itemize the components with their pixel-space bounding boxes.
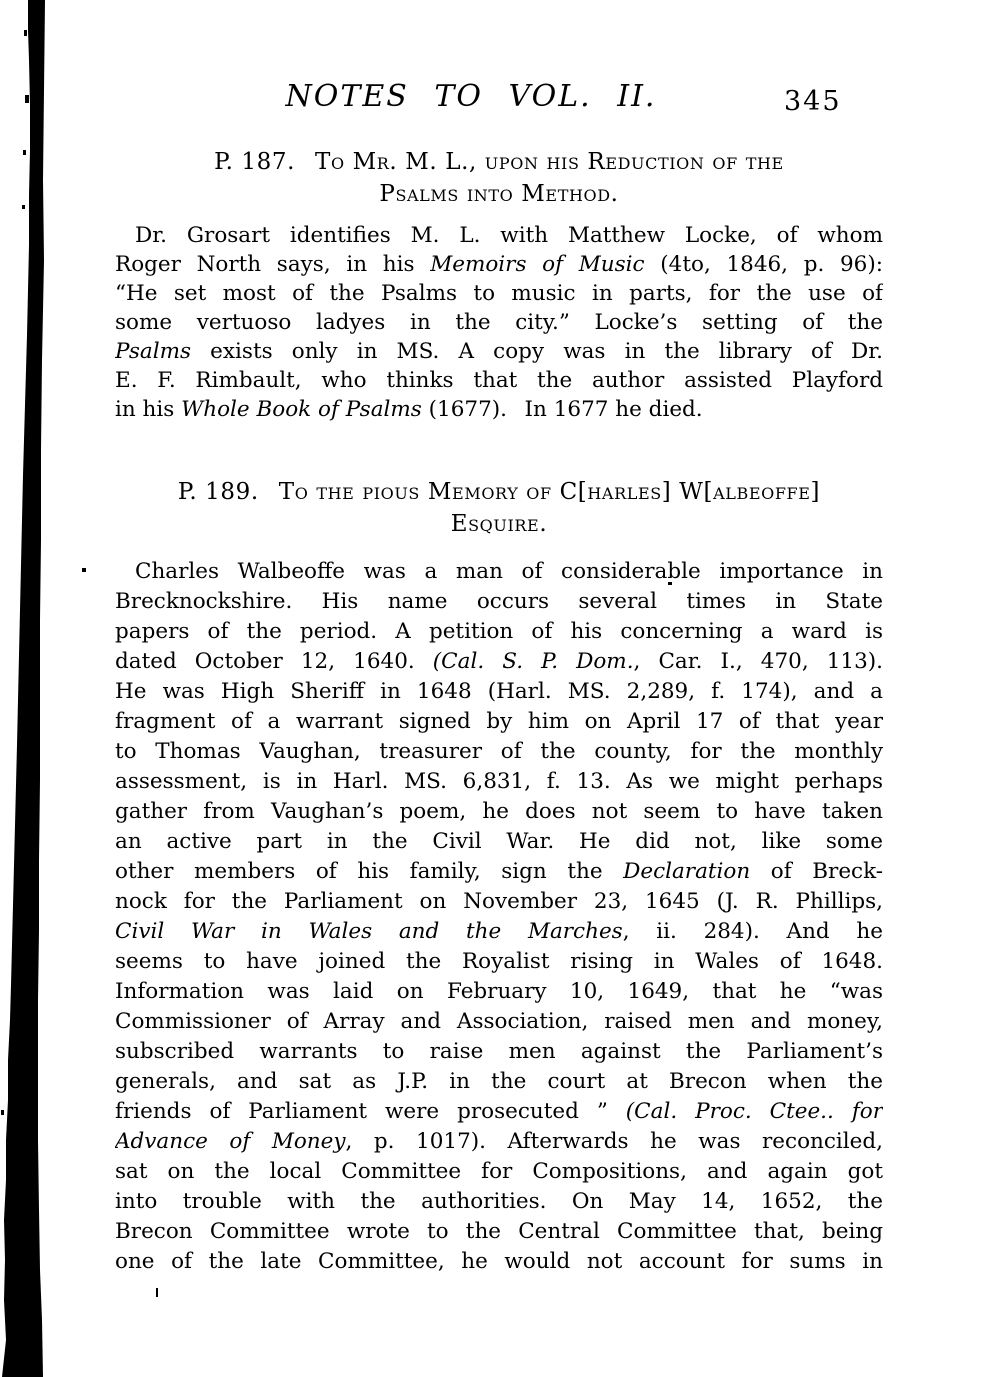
scan-gutter-artifact <box>0 0 60 1377</box>
text-line: assessment, is in Harl. MS. 6,831, f. 13… <box>115 767 883 797</box>
text-run: Brecon Committee wrote to the Central Co… <box>115 1219 883 1244</box>
text-run: (1677). In 1677 he died. <box>422 397 703 422</box>
text-run: , ii. 284). And he <box>623 919 883 944</box>
text-line: friends of Parliament were prosecuted ” … <box>115 1097 883 1127</box>
text-run: (4to, 1846, p. 96): <box>645 252 883 277</box>
text-line: papers of the period. A petition of his … <box>115 617 883 647</box>
text-run: some vertuoso ladyes in the city.” Locke… <box>115 310 883 335</box>
text-line: nock for the Parliament on November 23, … <box>115 887 883 917</box>
text-run: Roger North says, in his <box>115 252 430 277</box>
italic-text-run: (Cal. S. P. Dom. <box>433 649 634 674</box>
text-line: Information was laid on February 10, 164… <box>115 977 883 1007</box>
text-run: , p. 1017). Afterwards he was reconciled… <box>346 1129 883 1154</box>
text-run: , Car. I., 470, 113). <box>634 649 883 674</box>
text-line: He was High Sheriff in 1648 (Harl. MS. 2… <box>115 677 883 707</box>
text-line: generals, and sat as J.P. in the court a… <box>115 1067 883 1097</box>
text-run: of Breck- <box>750 859 883 884</box>
text-run: an active part in the Civil War. He did … <box>115 829 883 854</box>
page-number: 345 <box>784 86 842 117</box>
text-line: Brecon Committee wrote to the Central Co… <box>115 1217 883 1247</box>
text-run: “He set most of the Psalms to music in p… <box>115 281 883 306</box>
text-line: Commissioner of Array and Association, r… <box>115 1007 883 1037</box>
text-run: exists only in MS. A copy was in the lib… <box>191 339 883 364</box>
text-run: into trouble with the authorities. On Ma… <box>115 1189 883 1214</box>
text-line: Roger North says, in his Memoirs of Musi… <box>115 250 883 279</box>
text-line: an active part in the Civil War. He did … <box>115 827 883 857</box>
text-run: Charles Walbeoffe was a man of considera… <box>135 559 883 584</box>
section-heading-line: Psalms into Method. <box>115 178 883 210</box>
text-line: fragment of a warrant signed by him on A… <box>115 707 883 737</box>
text-run: nock for the Parliament on November 23, … <box>115 889 883 914</box>
text-run: He was High Sheriff in 1648 (Harl. MS. 2… <box>115 679 883 704</box>
italic-text-run: Declaration <box>623 859 750 884</box>
section-heading: P. 187. To Mr. M. L., upon his Reduction… <box>115 146 883 210</box>
text-line: other members of his family, sign the De… <box>115 857 883 887</box>
text-line: sat on the local Committee for Compositi… <box>115 1157 883 1187</box>
text-run: seems to have joined the Royalist rising… <box>115 949 883 974</box>
section-heading-line: P. 187. To Mr. M. L., upon his Reduction… <box>115 146 883 178</box>
text-line: E. F. Rimbault, who thinks that the auth… <box>115 366 883 395</box>
text-line: Civil War in Wales and the Marches, ii. … <box>115 917 883 947</box>
text-line: to Thomas Vaughan, treasurer of the coun… <box>115 737 883 767</box>
text-run: assessment, is in Harl. MS. 6,831, f. 13… <box>115 769 883 794</box>
italic-text-run: Civil War in Wales and the Marches <box>115 919 623 944</box>
text-run: generals, and sat as J.P. in the court a… <box>115 1069 883 1094</box>
text-run: dated October 12, 1640. <box>115 649 433 674</box>
text-run: Commissioner of Array and Association, r… <box>115 1009 883 1034</box>
text-line: Psalms exists only in MS. A copy was in … <box>115 337 883 366</box>
italic-text-run: Whole Book of Psalms <box>181 397 422 422</box>
text-line: some vertuoso ladyes in the city.” Locke… <box>115 308 883 337</box>
text-run: friends of Parliament were prosecuted ” <box>115 1099 626 1124</box>
text-line: gather from Vaughan’s poem, he does not … <box>115 797 883 827</box>
text-line: Brecknockshire. His name occurs several … <box>115 587 883 617</box>
italic-text-run: (Cal. Proc. Ctee.. for <box>626 1099 883 1124</box>
text-run: subscribed warrants to raise men against… <box>115 1039 883 1064</box>
italic-text-run: Psalms <box>115 339 191 364</box>
text-run: other members of his family, sign the <box>115 859 623 884</box>
section-heading: P. 189. To the pious Memory of C[harles]… <box>115 476 883 540</box>
text-run: fragment of a warrant signed by him on A… <box>115 709 883 734</box>
text-run: Brecknockshire. His name occurs several … <box>115 589 883 614</box>
italic-text-run: Advance of Money <box>115 1129 346 1154</box>
text-run: E. F. Rimbault, who thinks that the auth… <box>115 368 883 393</box>
scan-speck <box>668 582 672 585</box>
text-line: into trouble with the authorities. On Ma… <box>115 1187 883 1217</box>
text-line: one of the late Committee, he would not … <box>115 1247 883 1277</box>
text-line: Charles Walbeoffe was a man of considera… <box>115 557 883 587</box>
scan-speck <box>82 568 86 572</box>
text-run: Information was laid on February 10, 164… <box>115 979 883 1004</box>
text-line: dated October 12, 1640. (Cal. S. P. Dom.… <box>115 647 883 677</box>
italic-text-run: Memoirs of Music <box>430 252 644 277</box>
text-line: subscribed warrants to raise men against… <box>115 1037 883 1067</box>
paragraph: Dr. Grosart identifies M. L. with Matthe… <box>115 221 883 424</box>
text-line: in his Whole Book of Psalms (1677). In 1… <box>115 395 883 424</box>
text-run: gather from Vaughan’s poem, he does not … <box>115 799 883 824</box>
text-run: to Thomas Vaughan, treasurer of the coun… <box>115 739 883 764</box>
text-run: Dr. Grosart identifies M. L. with Matthe… <box>135 223 883 248</box>
running-head: NOTES TO VOL. II. <box>115 79 827 114</box>
scanned-book-page: NOTES TO VOL. II. 345 P. 187. To Mr. M. … <box>0 0 1000 1377</box>
text-run: sat on the local Committee for Compositi… <box>115 1159 883 1184</box>
text-line: Dr. Grosart identifies M. L. with Matthe… <box>115 221 883 250</box>
text-line: “He set most of the Psalms to music in p… <box>115 279 883 308</box>
text-line: seems to have joined the Royalist rising… <box>115 947 883 977</box>
text-run: papers of the period. A petition of his … <box>115 619 883 644</box>
scan-speck <box>156 1288 158 1297</box>
text-run: in his <box>115 397 181 422</box>
paragraph: Charles Walbeoffe was a man of considera… <box>115 557 883 1277</box>
section-heading-line: P. 189. To the pious Memory of C[harles]… <box>115 476 883 508</box>
text-run: one of the late Committee, he would not … <box>115 1249 883 1274</box>
text-line: Advance of Money, p. 1017). Afterwards h… <box>115 1127 883 1157</box>
section-heading-line: Esquire. <box>115 508 883 540</box>
